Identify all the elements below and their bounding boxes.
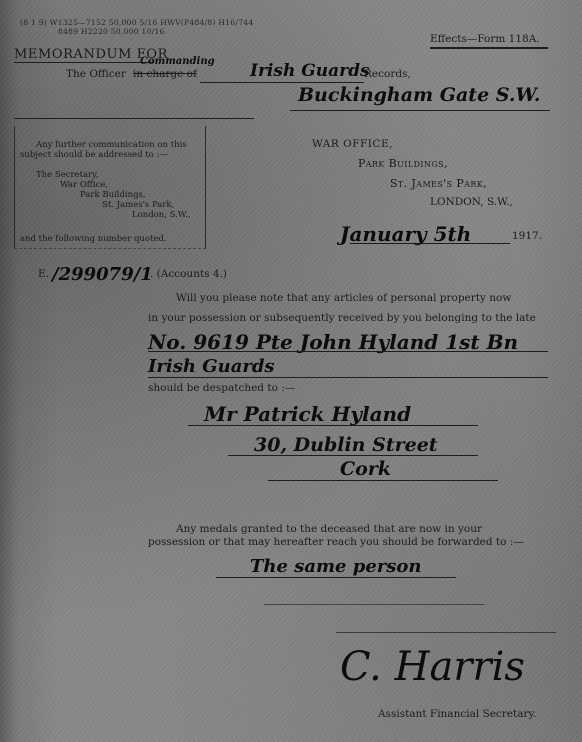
officer-prefix: The Officer [66,68,126,80]
box-addr3: Park Buildings, [80,190,146,200]
box-addr5: London, S.W., [132,210,191,220]
para1-line2: in your possession or subsequently recei… [148,312,536,324]
handwritten-address: Buckingham Gate S.W. [298,84,540,106]
signature-title: Assistant Financial Secretary. [378,708,536,720]
unit-line [200,82,364,83]
handwritten-medals-recipient: The same person [250,556,422,577]
handwritten-insert: Commanding [140,56,215,67]
accounts-label: . (Accounts 4.) [150,268,227,280]
deceased-line2-rule [148,377,548,378]
para1-line1: Will you please note that any articles o… [176,292,511,304]
para2-line2: possession or that may hereafter reach y… [148,536,524,548]
handwritten-recipient-line3: Cork [340,458,391,480]
recipient-line2-rule [228,455,478,456]
memo-title-underline [14,62,154,63]
handwritten-recipient-line1: Mr Patrick Hyland [204,402,411,426]
handwritten-recipient-line2: 30, Dublin Street [254,434,438,456]
address-line-left [14,118,254,119]
handwritten-deceased-line2: Irish Guards [148,356,275,377]
signature-top-rule [336,632,556,633]
form-id: Effects—Form 118A. [430,33,540,45]
para2-line1: Any medals granted to the deceased that … [176,523,482,535]
blank-rule-1 [264,604,484,605]
box-addr4: St. James's Park, [102,200,174,210]
sender-line2: Park Buildings, [358,157,448,170]
records-label: Records, [364,68,411,80]
address-line-right [290,110,550,111]
sender-line3: St. James's Park, [390,177,487,190]
recipient-line1-rule [188,425,478,426]
handwritten-signature: C. Harris [340,644,525,690]
handwritten-reference-number: /299079/1 [52,264,153,285]
despatch-label: should be despatched to :— [148,382,295,394]
war-office-memorandum: (8 1 9) W1325—7152 50,000 5/16 HWV(P484/… [0,0,582,742]
box-line2: subject should be addressed to :— [20,150,168,160]
sender-line1: WAR OFFICE, [312,138,393,150]
deceased-line1-rule [148,351,548,352]
box-line1: Any further communication on this [36,140,187,150]
form-id-underline [430,47,548,49]
sender-line4: LONDON, S.W., [430,196,513,208]
medals-recipient-rule [216,577,456,578]
date-line [350,243,510,244]
handwritten-unit: Irish Guards [250,61,370,81]
recipient-line3-rule [268,480,498,481]
year: 1917. [512,230,542,242]
print-reference-line1: (8 1 9) W1325—7152 50,000 5/16 HWV(P484/… [20,18,253,27]
print-reference-line2: 8489 H2220 50,000 10/16 [58,27,165,36]
box-addr2: War Office, [60,180,108,190]
box-footer: and the following number quoted. [20,234,167,244]
reference-prefix: E. [38,268,49,280]
struck-text: in charge of [133,68,197,80]
box-addr1: The Secretary, [36,170,99,180]
photocopy-texture [0,0,582,742]
